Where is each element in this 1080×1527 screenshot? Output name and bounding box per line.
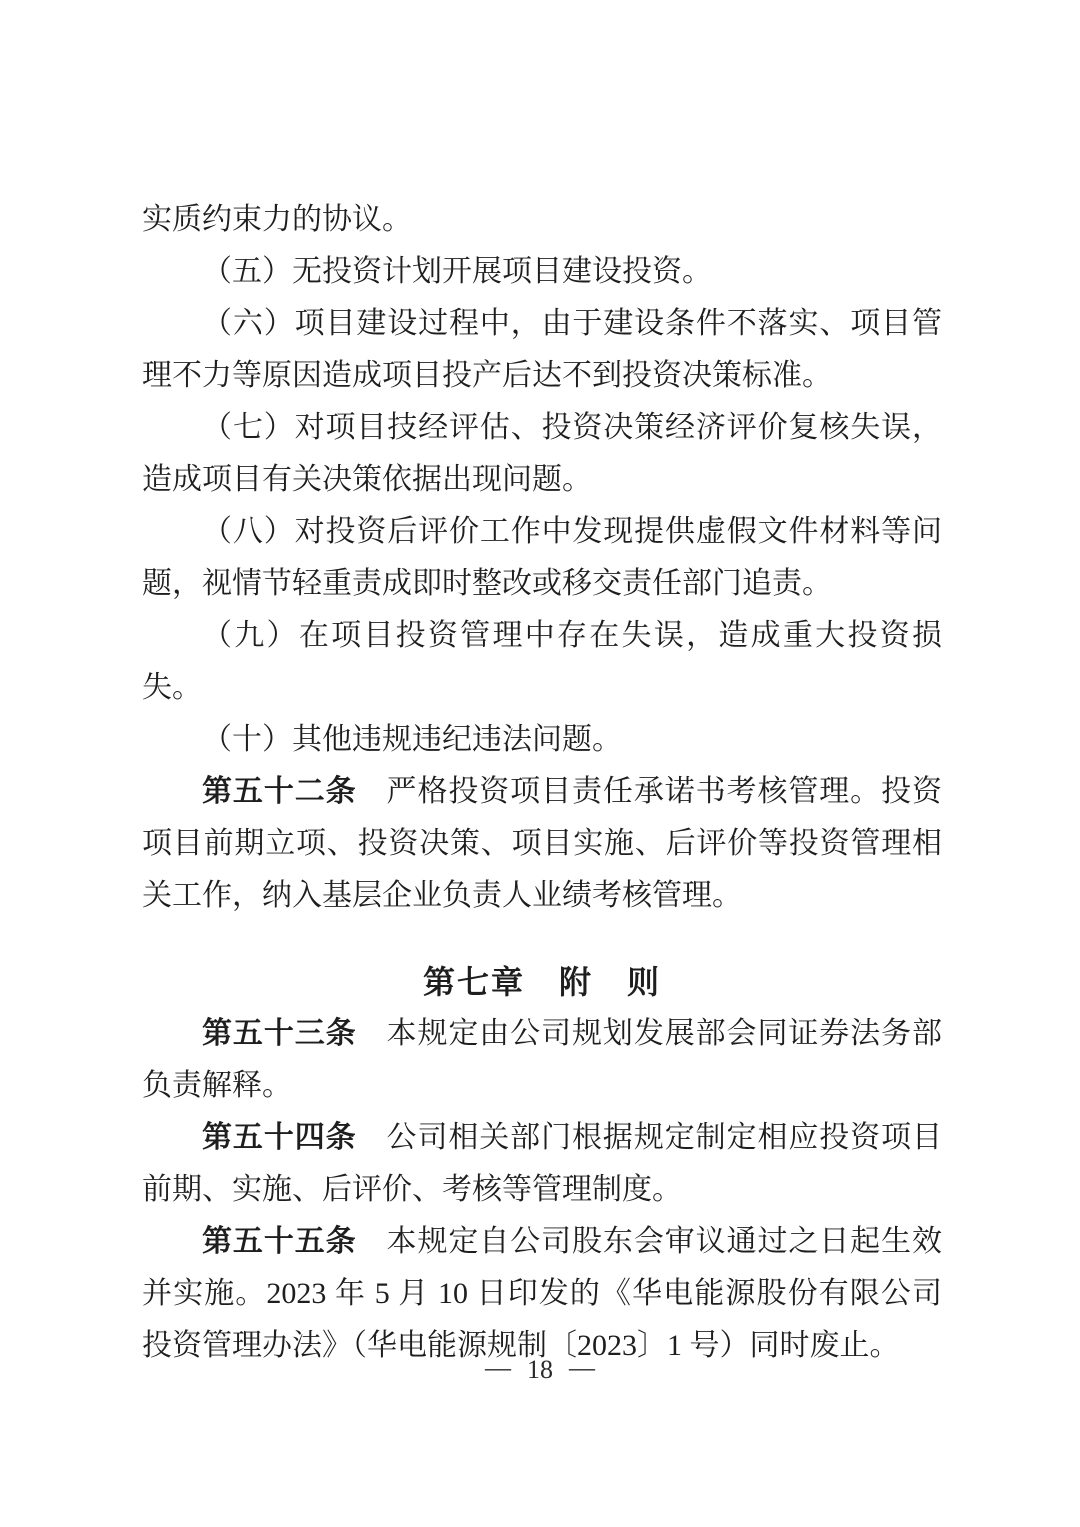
article-label: 第五十三条 (202, 1017, 357, 1050)
page-content: 实质约束力的协议。（五）无投资计划开展项目建设投资。（六）项目建设过程中，由于建… (142, 194, 942, 1372)
paragraph: （八）对投资后评价工作中发现提供虚假文件材料等问题，视情节轻重责成即时整改或移交… (142, 506, 942, 610)
chapter-heading: 第七章 附 则 (142, 956, 942, 1008)
article-label: 第五十二条 (202, 775, 357, 808)
paragraph: 第五十二条严格投资项目责任承诺书考核管理。投资项目前期立项、投资决策、项目实施、… (142, 766, 942, 922)
page-footer: —18— (0, 1352, 1080, 1388)
paragraph: （九）在项目投资管理中存在失误，造成重大投资损失。 (142, 610, 942, 714)
footer-dash-right: — (569, 1350, 595, 1386)
paragraph: 第五十五条本规定自公司股东会审议通过之日起生效并实施。2023 年 5 月 10… (142, 1216, 942, 1372)
paragraph: 第五十三条本规定由公司规划发展部会同证券法务部负责解释。 (142, 1008, 942, 1112)
paragraph: （五）无投资计划开展项目建设投资。 (142, 246, 942, 298)
paragraph: 第五十四条公司相关部门根据规定制定相应投资项目前期、实施、后评价、考核等管理制度… (142, 1112, 942, 1216)
paragraph: （十）其他违规违纪违法问题。 (142, 714, 942, 766)
footer-dash-left: — (485, 1350, 511, 1386)
article-label: 第五十四条 (202, 1121, 357, 1154)
paragraph: （七）对项目技经评估、投资决策经济评价复核失误，造成项目有关决策依据出现问题。 (142, 402, 942, 506)
document-page: 实质约束力的协议。（五）无投资计划开展项目建设投资。（六）项目建设过程中，由于建… (0, 0, 1080, 1527)
article-label: 第五十五条 (202, 1225, 357, 1258)
page-number: 18 (527, 1352, 553, 1388)
paragraph: （六）项目建设过程中，由于建设条件不落实、项目管理不力等原因造成项目投产后达不到… (142, 298, 942, 402)
paragraph: 实质约束力的协议。 (142, 194, 942, 246)
